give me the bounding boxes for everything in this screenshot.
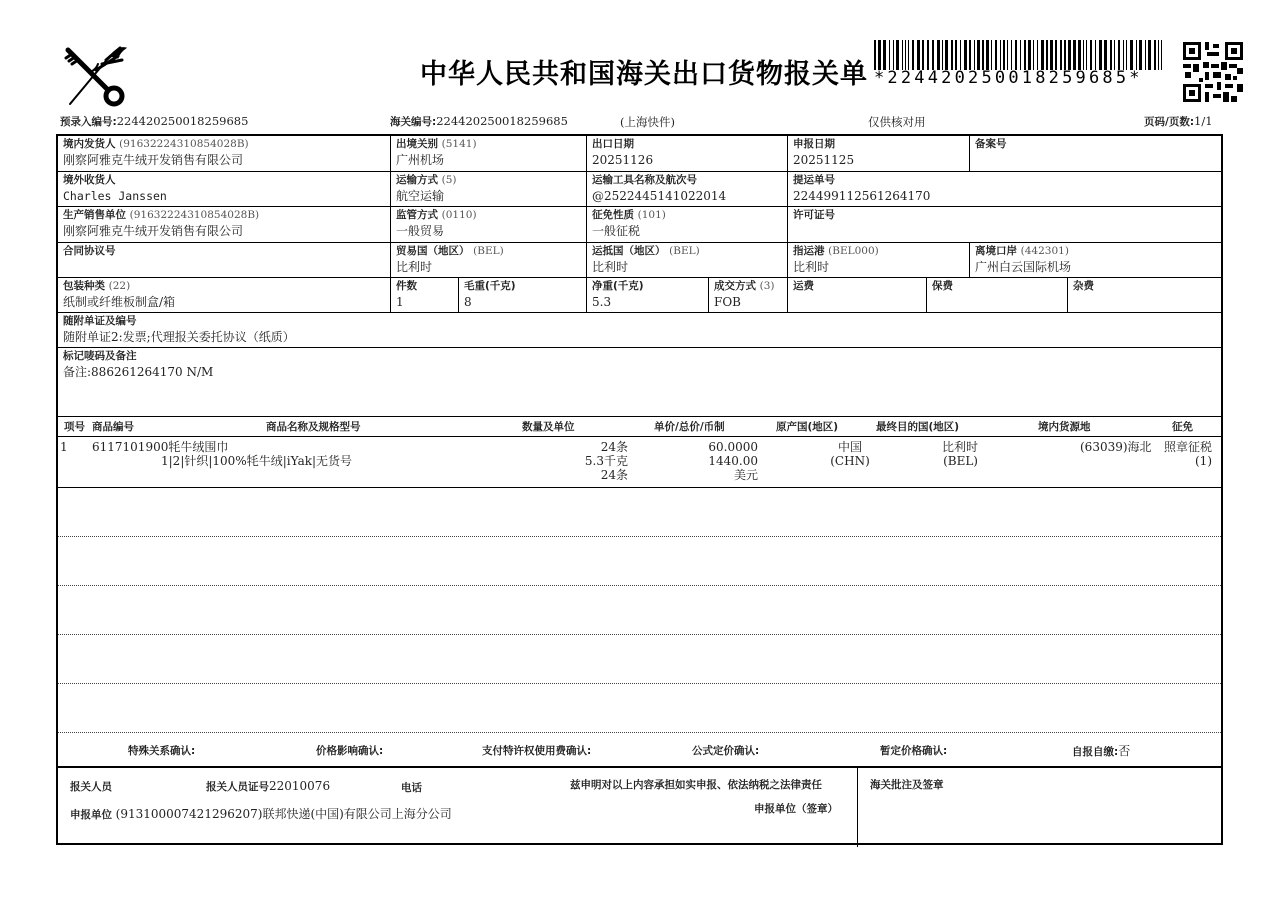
field-declare-date: 申报日期 20251125 <box>788 136 970 172</box>
col-header-name-spec: 商品名称及规格型号 <box>266 419 361 434</box>
field-transaction-mode: 成交方式 (3) FOB <box>709 278 788 313</box>
page-value: 1/1 <box>1194 114 1213 128</box>
item-destination-code: (BEL) <box>878 454 978 468</box>
item-levy: 照章征税 <box>1138 440 1212 454</box>
item-unit-price: 60.0000 <box>658 440 758 454</box>
col-header-quantity: 数量及单位 <box>522 419 575 434</box>
field-net-weight: 净重(千克) 5.3 <box>587 278 709 313</box>
page-label: 页码/页数: <box>1144 116 1194 128</box>
field-domestic-shipper: 境内发货人 (91632224310854028B) 刚察阿雅克牛绒开发销售有限… <box>58 136 391 172</box>
declaring-unit: 申报单位 (913100007421296207)联邦快递(中国)有限公司上海分… <box>70 805 452 822</box>
pre-entry-value: 224420250018259685 <box>117 114 249 128</box>
col-header-source: 境内货源地 <box>1038 419 1091 434</box>
customs-no-value: 224420250018259685 <box>436 114 568 128</box>
field-package-type: 包装种类 (22) 纸制或纤维板制盒/箱 <box>58 278 391 313</box>
item-hs-name: 6117101900牦牛绒围巾 <box>92 440 228 454</box>
field-transport-mode: 运输方式 (5) 航空运输 <box>391 172 587 207</box>
pre-entry-number: 预录入编号:224420250018259685 <box>60 114 248 129</box>
item-qty-3: 24条 <box>528 468 628 482</box>
customs-emblem-icon <box>62 42 128 108</box>
royalty-confirm: 支付特许权使用费确认: <box>482 743 591 758</box>
field-freight: 运费 <box>788 278 927 313</box>
item-currency: 美元 <box>658 468 758 482</box>
customs-number: 海关编号:224420250018259685 <box>390 114 568 129</box>
col-header-item-no: 项号 <box>64 419 85 434</box>
signature-label: 申报单位（签章） <box>754 801 838 816</box>
col-header-price: 单价/总价/币制 <box>654 419 725 434</box>
item-destination: 比利时 <box>878 440 978 454</box>
field-marks-remarks: 标记唛码及备注 备注:886261264170 N/M <box>58 348 1223 417</box>
field-contract-no: 合同协议号 <box>58 243 391 278</box>
item-qty-2: 5.3千克 <box>528 454 628 468</box>
customs-office: (上海快件) <box>620 114 675 130</box>
pre-entry-label: 预录入编号: <box>60 116 117 128</box>
field-levy-nature: 征免性质 (101) 一般征税 <box>587 207 788 243</box>
item-no: 1 <box>60 440 68 454</box>
field-attached-docs: 随附单证及编号 随附单证2:发票;代理报关委托协议（纸质） <box>58 313 1223 348</box>
field-overseas-consignee: 境外收货人 Charles Janssen <box>58 172 391 207</box>
barcode <box>874 40 1164 70</box>
field-record-no: 备案号 <box>970 136 1223 172</box>
page-title: 中华人民共和国海关出口货物报关单 <box>420 52 868 91</box>
field-gross-weight: 毛重(千克) 8 <box>459 278 587 313</box>
field-misc-fee: 杂费 <box>1068 278 1223 313</box>
field-producer: 生产销售单位 (91632224310854028B) 刚察阿雅克牛绒开发销售有… <box>58 207 391 243</box>
field-exit-customs: 出境关别 (5141) 广州机场 <box>391 136 587 172</box>
price-influence-confirm: 价格影响确认: <box>316 743 383 758</box>
field-dest-country: 运抵国（地区） (BEL) 比利时 <box>587 243 788 278</box>
field-insurance: 保费 <box>927 278 1068 313</box>
footer-divider <box>857 766 858 847</box>
col-header-hs-code: 商品编号 <box>92 419 134 434</box>
item-total-price: 1440.00 <box>658 454 758 468</box>
col-header-levy: 征免 <box>1172 419 1193 434</box>
self-declare-confirm: 自报自缴:否 <box>1072 742 1130 759</box>
declarant-label: 报关人员 <box>70 779 112 794</box>
item-spec: 1|2|针织|100%牦牛绒|iYak|无货号 <box>161 454 352 468</box>
page-indicator: 页码/页数:1/1 <box>1144 114 1213 129</box>
field-bill-no: 提运单号 224499112561264170 <box>788 172 1223 207</box>
col-header-destination: 最终目的国(地区) <box>876 419 959 434</box>
formula-price-confirm: 公式定价确认: <box>692 743 759 758</box>
field-vessel-voyage: 运输工具名称及航次号 @2522445141022014 <box>587 172 788 207</box>
item-qty-1: 24条 <box>528 440 628 454</box>
provisional-price-confirm: 暂定价格确认: <box>880 743 947 758</box>
field-license-no: 许可证号 <box>788 207 1223 243</box>
col-header-origin: 原产国(地区) <box>776 419 838 434</box>
field-pieces: 件数 1 <box>391 278 459 313</box>
field-supervision-mode: 监管方式 (0110) 一般贸易 <box>391 207 587 243</box>
declaration-statement: 兹申明对以上内容承担如实申报、依法纳税之法律责任 <box>570 777 822 792</box>
field-export-date: 出口日期 20251126 <box>587 136 788 172</box>
field-trade-country: 贸易国（地区） (BEL) 比利时 <box>391 243 587 278</box>
declaration-form: 境内发货人 (91632224310854028B) 刚察阿雅克牛绒开发销售有限… <box>56 134 1223 845</box>
item-levy-code: (1) <box>1138 454 1212 468</box>
verification-note: 仅供核对用 <box>868 114 926 130</box>
customs-no-label: 海关编号: <box>390 116 436 128</box>
declarant-cert: 报关人员证号22010076 <box>206 779 330 794</box>
special-relation-confirm: 特殊关系确认: <box>128 743 195 758</box>
field-exit-port: 离境口岸 (442301) 广州白云国际机场 <box>970 243 1223 278</box>
customs-approval-label: 海关批注及签章 <box>870 777 944 792</box>
field-dest-port: 指运港 (BEL000) 比利时 <box>788 243 970 278</box>
barcode-text: *224420250018259685* <box>874 68 1164 88</box>
qr-code-icon <box>1183 42 1243 102</box>
phone-label: 电话 <box>401 780 422 795</box>
